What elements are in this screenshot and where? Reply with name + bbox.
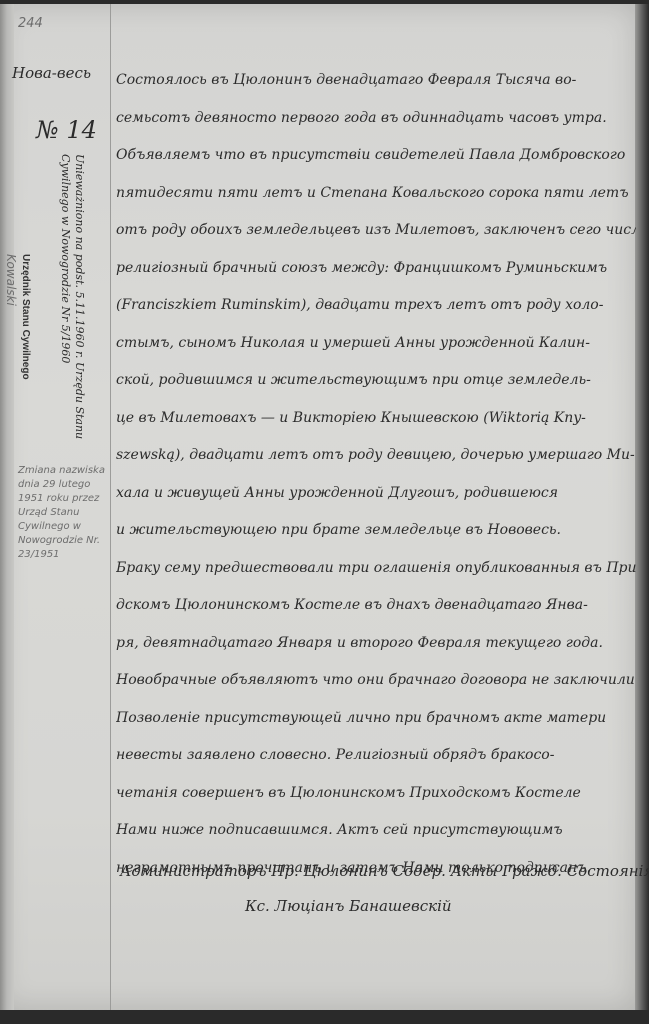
record-line: це въ Милетовахъ — и Викторіею Кнышевско… <box>116 400 636 438</box>
record-line: (Franciszkiem Ruminskim), двадцати трехъ… <box>116 287 636 325</box>
record-line: и жительствующею при брате земледельце в… <box>116 512 636 550</box>
record-line: стымъ, сыномъ Николая и умершей Анны уро… <box>116 325 636 363</box>
priest-signature: Кс. Люціанъ Банашевскій <box>245 897 452 915</box>
record-line: семьсотъ девяносто первого года въ одинн… <box>116 100 636 138</box>
margin-annotation-vertical: Unieważniono na podst. 5.11.1960 r. Urzę… <box>58 154 86 464</box>
record-line: Позволеніе присутствующей лично при брач… <box>116 700 636 738</box>
document-page: 244 Нова-весь № 14 Unieważniono na podst… <box>0 4 636 1010</box>
margin-annotation-lower: Zmiana nazwiska dnia 29 lutego 1951 roku… <box>18 464 110 562</box>
record-line: отъ роду обоихъ земледельцевъ изъ Милето… <box>116 212 636 250</box>
margin-signature: Kowalski <box>4 254 18 306</box>
record-line: ря, девятнадцатаго Января и второго Февр… <box>116 625 636 663</box>
record-line: szewską), двадцати летъ отъ роду девицею… <box>116 437 636 475</box>
record-line: Новобрачные объявляютъ что они брачнаго … <box>116 662 636 700</box>
book-binding <box>0 4 14 1010</box>
record-line: невесты заявлено словесно. Религіозный о… <box>116 737 636 775</box>
page-number: 244 <box>18 16 43 31</box>
entry-number: № 14 <box>36 116 97 144</box>
record-body: Состоялось въ Цюлонинъ двенадцатаго Февр… <box>116 62 636 887</box>
record-line: дскомъ Цюлонинскомъ Костеле въ днахъ две… <box>116 587 636 625</box>
administrator-signature: Администраторъ Пр. Цюлонинъ Содер. Акты … <box>120 862 649 880</box>
record-line: Объявляемъ что въ присутствіи свидетелей… <box>116 137 636 175</box>
page-edge <box>635 4 649 1010</box>
record-line: Браку сему предшествовали три оглашенія … <box>116 550 636 588</box>
record-line: Состоялось въ Цюлонинъ двенадцатаго Февр… <box>116 62 636 100</box>
registry-stamp: Urzędnik Stanu Cywilnego <box>20 254 31 380</box>
entry-location-label: Нова-весь <box>12 64 91 82</box>
margin-line <box>110 4 111 1010</box>
record-line: ской, родившимся и жительствующимъ при о… <box>116 362 636 400</box>
record-line: Нами ниже подписавшимся. Актъ сей присут… <box>116 812 636 850</box>
record-line: четанія совершенъ въ Цюлонинскомъ Приход… <box>116 775 636 813</box>
record-line: религіозный брачный союзъ между: Франциш… <box>116 250 636 288</box>
record-line: хала и живущей Анны урожденной Длугошъ, … <box>116 475 636 513</box>
record-line: пятидесяти пяти летъ и Степана Ковальско… <box>116 175 636 213</box>
